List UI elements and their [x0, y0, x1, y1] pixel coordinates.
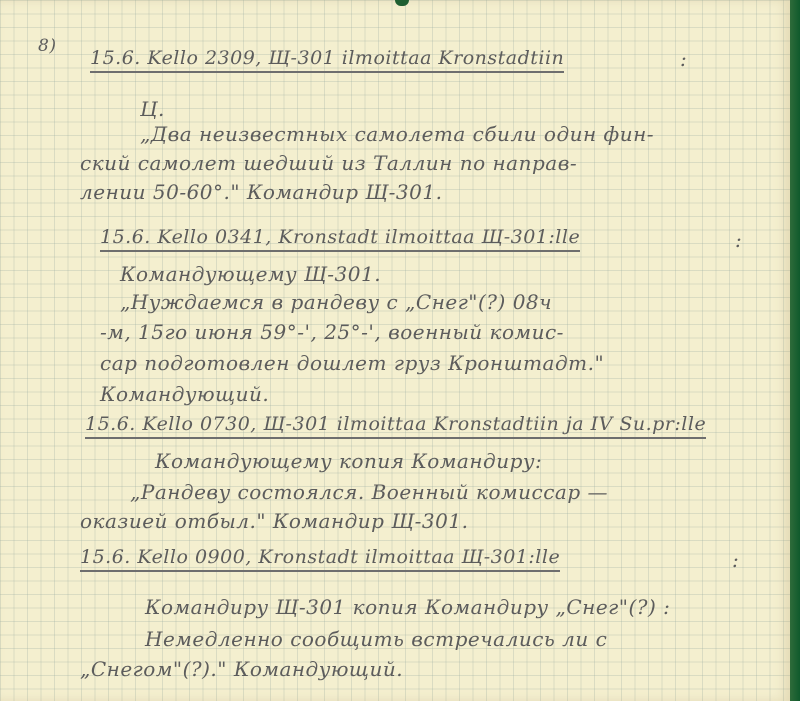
entry-1-line: Ц.: [140, 97, 165, 121]
entry-1-line: „Два неизвестных самолета сбили один фин…: [140, 122, 654, 146]
green-binder-edge: [790, 0, 800, 701]
graph-paper-page: 8) 15.6. Kello 2309, Щ-301 ilmoittaa Kro…: [0, 0, 790, 701]
entry-2-header: 15.6. Kello 0341, Kronstadt ilmoittaa Щ-…: [100, 226, 580, 252]
entry-2-line: сар подготовлен дошлет груз Кронштадт.": [100, 351, 604, 375]
entry-1-line: лении 50-60°." Командир Щ-301.: [80, 180, 442, 204]
entry-3-header: 15.6. Kello 0730, Щ-301 ilmoittaa Kronst…: [85, 413, 706, 439]
entry-4-line: Командиру Щ-301 копия Командиру „Снег"(?…: [145, 595, 670, 619]
entry-4-header: 15.6. Kello 0900, Kronstadt ilmoittaa Щ-…: [80, 546, 560, 572]
entry-1-line: ский самолет шедший из Таллин по направ-: [80, 151, 577, 175]
entry-2-line: Командующий.: [100, 382, 269, 406]
green-tab: [395, 0, 409, 6]
entry-3-line: Командующему копия Командиру:: [155, 449, 542, 473]
entry-3-line: „Рандеву состоялся. Военный комиссар —: [130, 480, 608, 504]
entry-1-colon: :: [680, 47, 687, 71]
entry-2-line: -м, 15го июня 59°-', 25°-', военный коми…: [100, 320, 564, 344]
entry-4-line: „Снегом"(?)." Командующий.: [80, 657, 403, 681]
entry-index-marker: 8): [38, 36, 56, 56]
entry-4-line: Немедленно сообщить встречались ли с: [145, 627, 607, 651]
entry-2-line: Командующему Щ-301.: [120, 262, 381, 286]
entry-2-colon: :: [735, 228, 742, 252]
entry-1-header: 15.6. Kello 2309, Щ-301 ilmoittaa Kronst…: [90, 47, 564, 73]
entry-2-line: „Нуждаемся в рандеву с „Снег"(?) 08ч: [120, 290, 552, 314]
entry-3-line: оказией отбыл." Командир Щ-301.: [80, 509, 468, 533]
entry-4-colon: :: [732, 548, 739, 572]
